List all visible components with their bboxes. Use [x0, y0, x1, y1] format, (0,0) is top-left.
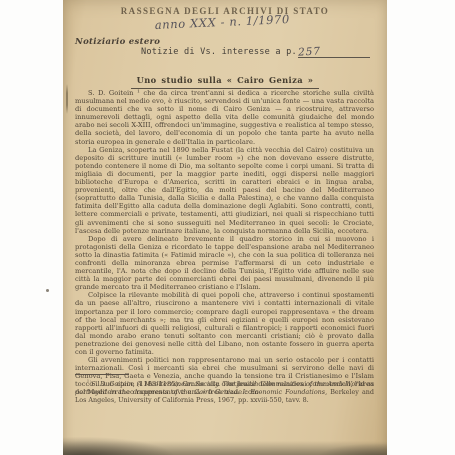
- scan-background: RASSEGNA DEGLI ARCHIVI DI STATO anno XXX…: [0, 0, 455, 455]
- typed-notice-line: Notizie di Vs. interesse a p.257: [141, 46, 370, 58]
- margin-ink-speck: [46, 289, 49, 292]
- paragraph-4: Colpisce la rilevante mobilità di quei p…: [75, 291, 374, 356]
- footnote-separator-rule: [75, 374, 129, 375]
- article-body: S. D. Goitein ¹ che da circa trent'anni …: [75, 89, 374, 397]
- handwritten-page-number: 257: [298, 46, 322, 58]
- page-crease-mark: [66, 84, 68, 114]
- bottom-right-corner-smudge: [317, 443, 387, 455]
- bottom-left-corner-smudge: [63, 437, 173, 455]
- typed-notice-text: Notizie di Vs. interesse a p.: [141, 47, 297, 57]
- article-title: Uno studio sulla « Cairo Geniza »: [131, 75, 320, 89]
- page-ref-underline: 257: [298, 46, 370, 58]
- footnote-citation: ¹ S. D. Goitein, A Mediterranean Society…: [75, 379, 374, 405]
- scanned-page: RASSEGNA DEGLI ARCHIVI DI STATO anno XXX…: [63, 0, 387, 455]
- paragraph-1: S. D. Goitein ¹ che da circa trent'anni …: [75, 89, 374, 146]
- paragraph-3: Dopo di avere delineato brevemente il qu…: [75, 235, 374, 292]
- footnote-marker: ¹: [87, 379, 89, 385]
- footnote: ¹ S. D. Goitein, A Mediterranean Society…: [75, 379, 374, 405]
- paragraph-2: La Geniza, scoperta nel 1890 nella Fusta…: [75, 146, 374, 235]
- article-title-wrap: Uno studio sulla « Cairo Geniza »: [63, 68, 387, 89]
